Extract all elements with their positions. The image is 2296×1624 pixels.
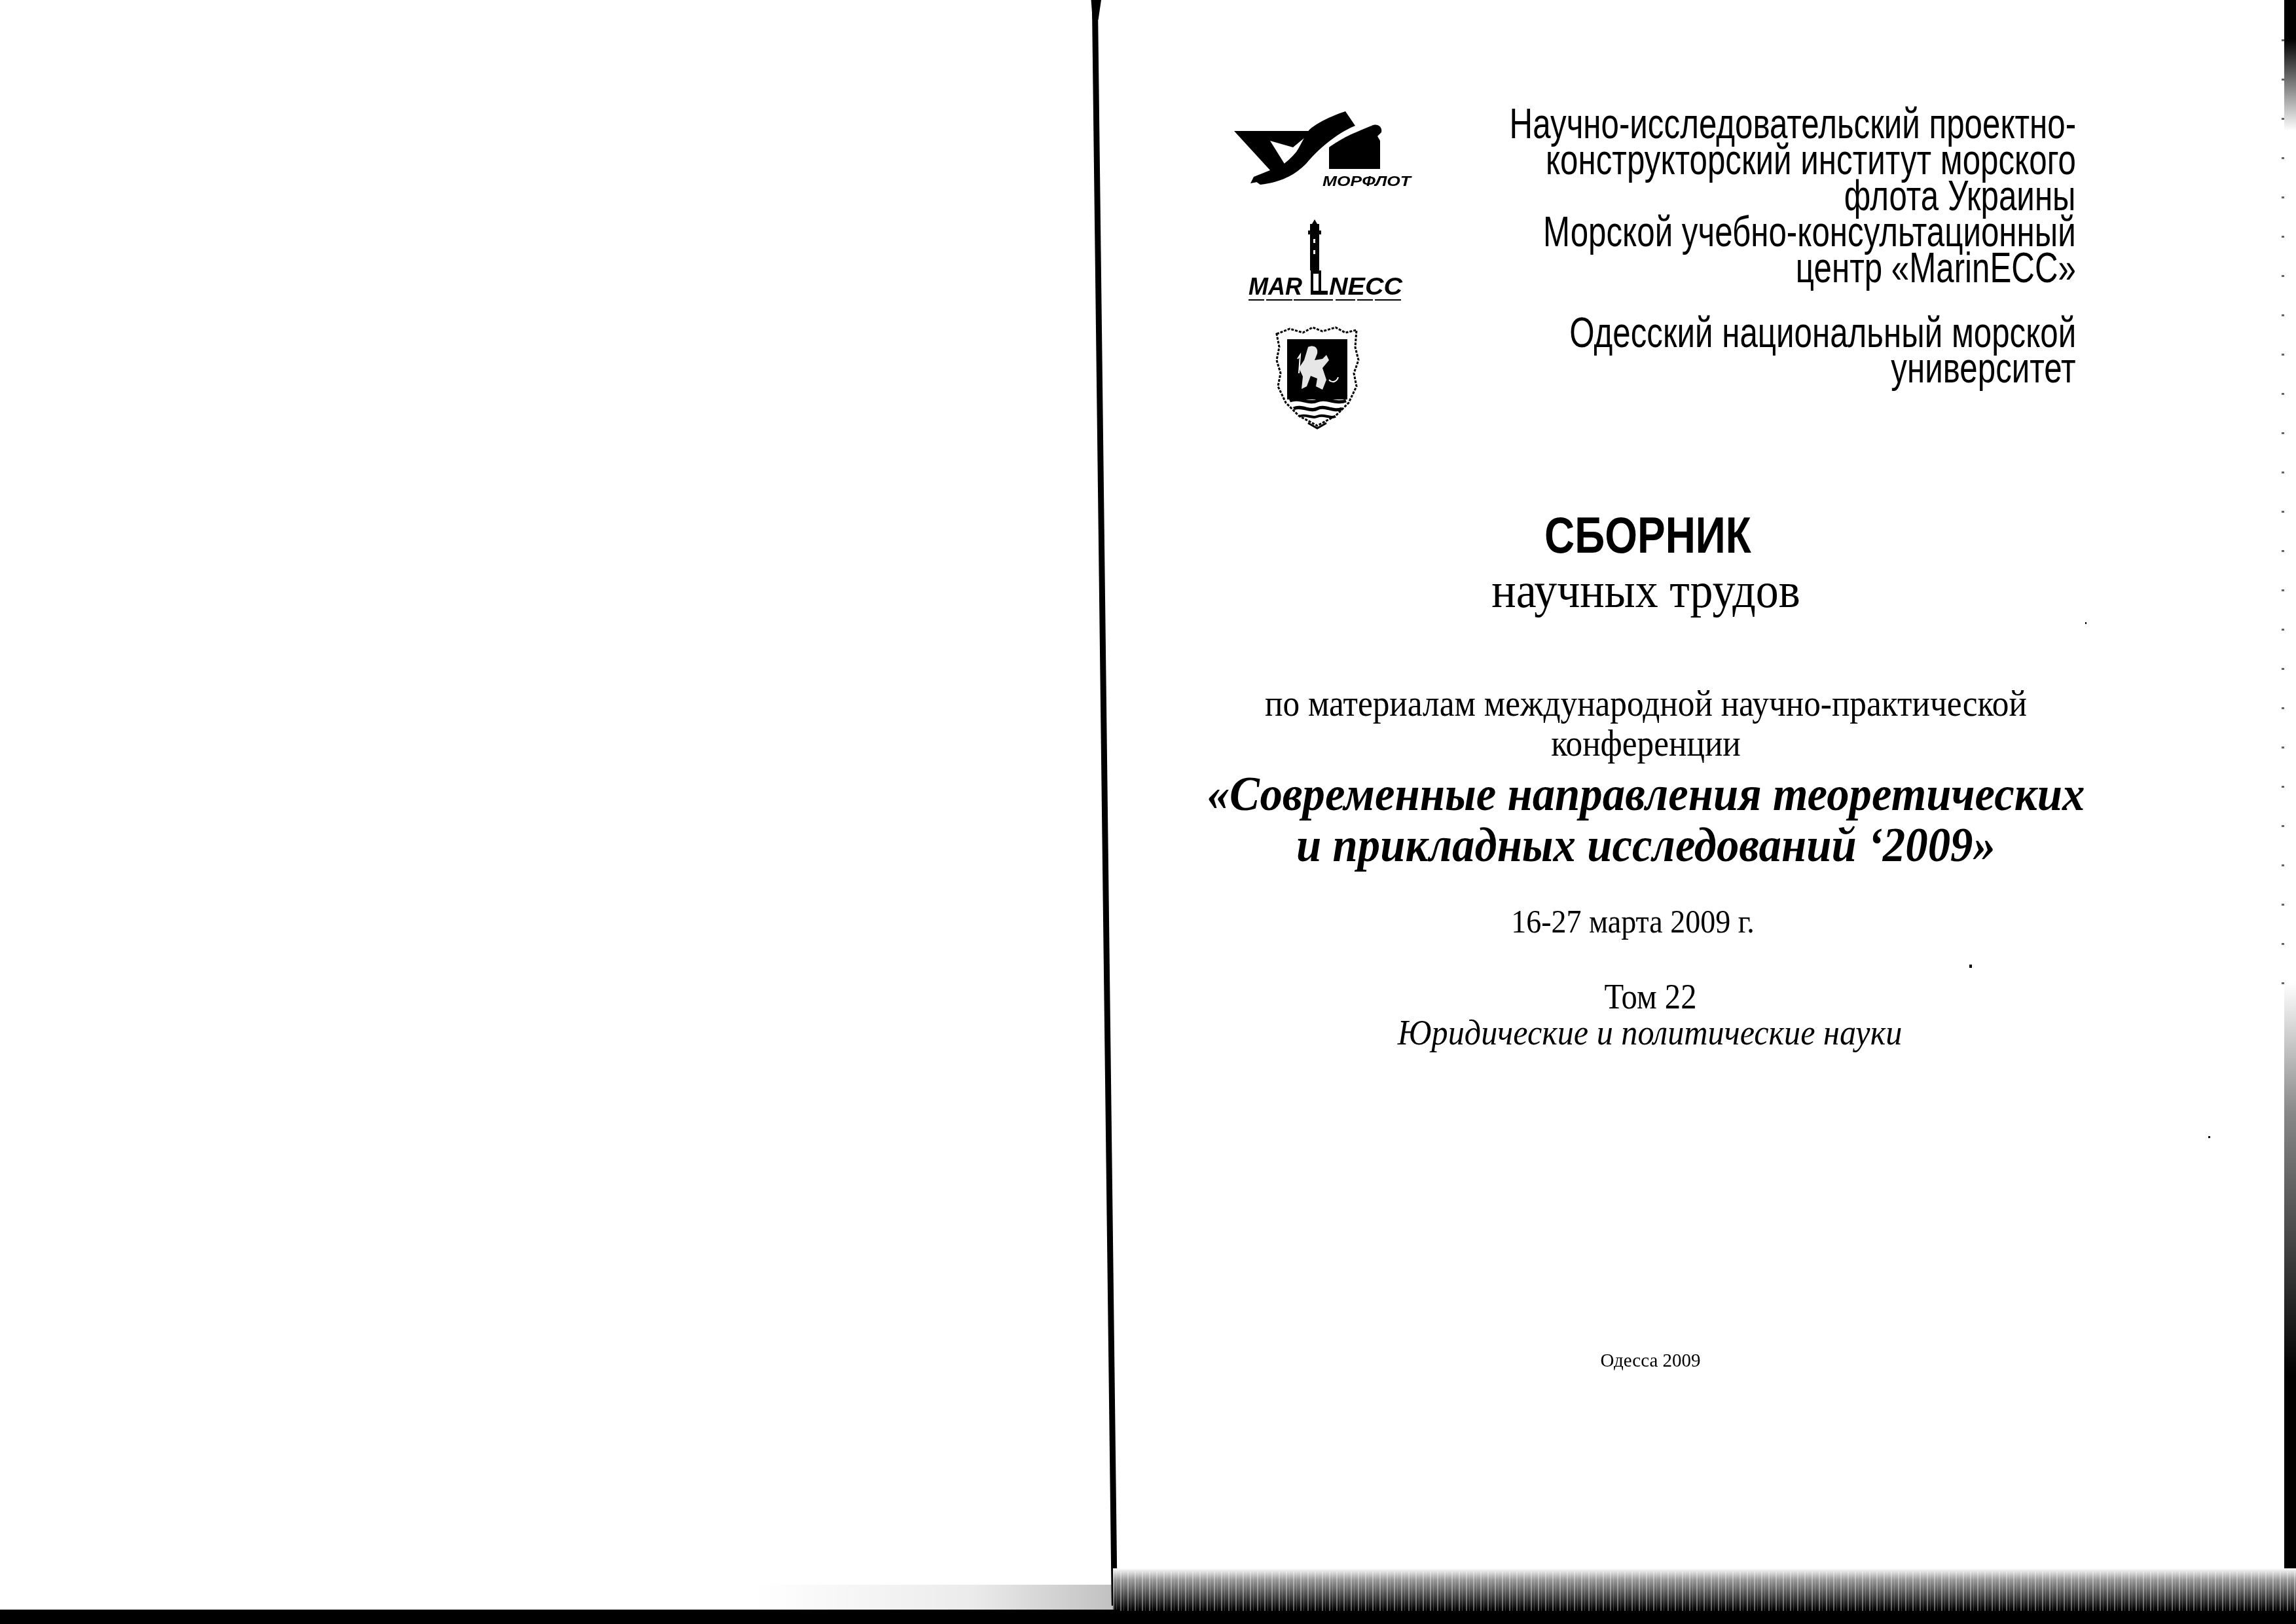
conference-name-line-1: «Современные направления теоретических xyxy=(1207,770,2085,819)
imprint-city-year: Одесса 2009 xyxy=(1600,1352,1700,1371)
collection-subtitle: научных трудов xyxy=(1491,566,1800,616)
left-page-bottom-fade xyxy=(753,1585,1120,1611)
scan-speck xyxy=(2085,622,2086,624)
left-page xyxy=(0,0,1092,1610)
scanned-book-spread: МОРФЛОТ MAR NECC xyxy=(0,0,2296,1624)
volume-section: Юридические и политические науки xyxy=(1398,1015,1902,1050)
scan-speck xyxy=(2208,1136,2210,1138)
collection-title: СБОРНИК xyxy=(1544,509,1751,561)
morflot-logo-icon: МОРФЛОТ xyxy=(1234,111,1412,189)
volume-number: Том 22 xyxy=(1605,979,1697,1014)
right-page-edge-dots xyxy=(2282,39,2284,1022)
bottom-shadow-noise xyxy=(1113,1572,2296,1611)
conference-intro-line-1: по материалам международной научно-практ… xyxy=(1265,685,2027,722)
org-line-5: центр «MarinECC» xyxy=(1796,247,2076,289)
logo-column: МОРФЛОТ MAR NECC xyxy=(1231,111,1427,439)
org-line-7: университет xyxy=(1891,347,2076,389)
morflot-logo-label: МОРФЛОТ xyxy=(1322,173,1412,189)
scan-speck xyxy=(1969,965,1972,968)
right-page-edge-shadow xyxy=(2284,0,2296,1624)
conference-name-line-2: и прикладных исследований ‘2009» xyxy=(1296,821,1995,870)
marinecc-lighthouse-logo-icon: MAR NECC xyxy=(1248,219,1403,300)
svg-text:NECC: NECC xyxy=(1329,273,1403,300)
conference-intro-line-2: конференции xyxy=(1551,725,1741,762)
svg-text:MAR: MAR xyxy=(1248,273,1302,300)
odessa-university-crest-icon xyxy=(1277,327,1358,428)
conference-dates: 16-27 марта 2009 г. xyxy=(1511,905,1755,938)
bottom-edge-line xyxy=(0,1610,1120,1624)
